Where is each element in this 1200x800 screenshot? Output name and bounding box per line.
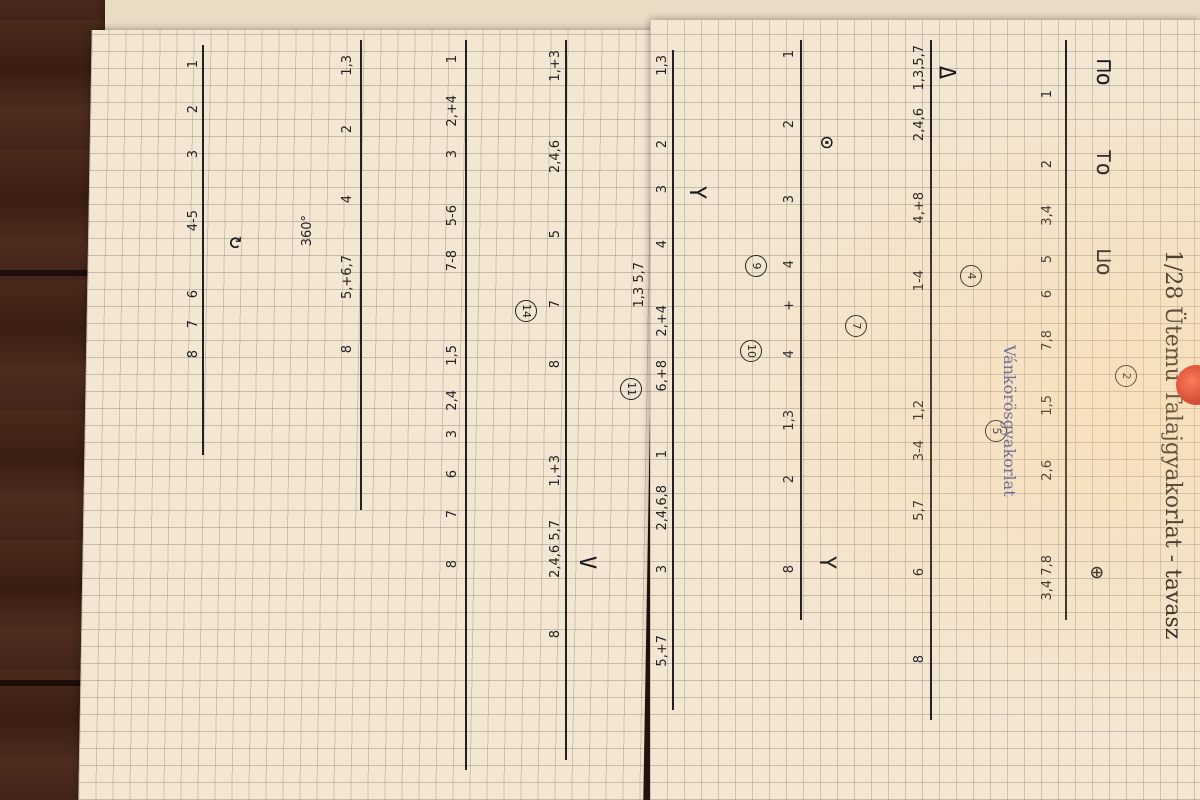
count-label: 1 xyxy=(445,55,460,63)
count-label: 1,3 xyxy=(340,55,355,76)
count-label: 2,4,6 xyxy=(912,108,927,141)
count-label: 2,4 xyxy=(445,390,460,411)
count-label: 3,4 xyxy=(1040,205,1055,226)
stick-figure-icon: Y xyxy=(814,556,839,569)
count-label: 8 xyxy=(782,565,797,573)
count-label: 1,3 xyxy=(782,410,797,431)
count-label: 1 xyxy=(782,50,797,58)
count-label: 1 xyxy=(655,450,670,458)
stick-figure-icon: Y xyxy=(684,186,709,199)
count-label: 4 xyxy=(782,260,797,268)
section-marker: 14 xyxy=(515,300,537,322)
staff-line-4 xyxy=(672,50,674,710)
count-label: 360° xyxy=(300,215,315,246)
section-marker: 7 xyxy=(845,315,867,337)
stick-figure-icon: ⊤o xyxy=(1091,149,1116,176)
count-label: 2 xyxy=(186,105,201,113)
page-title: 1/28 Ütemű Talajgyakorlat - tavasz xyxy=(1160,250,1185,639)
count-label: 7 xyxy=(548,300,563,308)
staff-line-1 xyxy=(1065,40,1067,620)
section-marker: 2 xyxy=(1115,365,1137,387)
count-label: 6 xyxy=(912,568,927,576)
count-label: 4 xyxy=(782,350,797,358)
count-label: 4,+8 xyxy=(912,192,927,224)
turn-figure-icon: ↻ xyxy=(224,236,249,249)
staff-line-8 xyxy=(202,45,204,455)
count-label: 2,6 xyxy=(1040,460,1055,481)
subtitle: Vánkörösgyakorlat xyxy=(1000,345,1019,497)
count-label: 3-4 xyxy=(912,440,927,461)
count-label: 7 xyxy=(445,510,460,518)
count-label: 8 xyxy=(912,655,927,663)
count-label: 8 xyxy=(548,360,563,368)
count-label: 1 xyxy=(186,60,201,68)
count-label: 5,7 xyxy=(912,500,927,521)
count-label: 7,8 xyxy=(1040,330,1055,351)
count-label: 1-4 xyxy=(912,270,927,291)
count-label: 3,4 7,8 xyxy=(1040,555,1055,600)
left-page xyxy=(78,30,656,800)
count-label: 4 xyxy=(340,195,355,203)
count-label: 7-8 xyxy=(445,250,460,271)
staff-line-7 xyxy=(360,40,362,510)
staff-line-6 xyxy=(465,40,467,770)
count-label: 2 xyxy=(782,120,797,128)
count-label: 1,+3 xyxy=(548,50,563,82)
count-label: 3 xyxy=(186,150,201,158)
staff-line-2 xyxy=(930,40,932,720)
section-marker: 10 xyxy=(740,340,762,362)
count-label: 6 xyxy=(445,470,460,478)
count-label: 8 xyxy=(445,560,460,568)
count-label: 1 xyxy=(1040,90,1055,98)
section-marker: 9 xyxy=(745,255,767,277)
count-label: 1,5 xyxy=(1040,395,1055,416)
count-label: 2 xyxy=(1040,160,1055,168)
count-label: 2,4,6 5,7 xyxy=(548,520,563,578)
count-label: 3 xyxy=(655,185,670,193)
count-label: 5-6 xyxy=(445,205,460,226)
count-label: 3 xyxy=(445,430,460,438)
count-label: 5,+7 xyxy=(655,635,670,667)
count-label: 1,5 xyxy=(445,345,460,366)
count-label: 2 xyxy=(340,125,355,133)
count-label: 2,4,6,8 xyxy=(655,485,670,530)
stick-figure-icon: ⊔o xyxy=(1091,249,1116,276)
section-marker: 11 xyxy=(620,378,642,400)
count-label: 1,3 5,7 xyxy=(632,262,647,307)
stick-figure-icon: V xyxy=(574,556,599,569)
count-label: 3 xyxy=(445,150,460,158)
count-label: 8 xyxy=(548,630,563,638)
count-label: 2,+4 xyxy=(655,305,670,337)
count-label: 4-5 xyxy=(186,210,201,231)
staff-line-5 xyxy=(565,40,567,760)
count-label: 1,3,5,7 xyxy=(912,45,927,90)
count-label: 7 xyxy=(186,320,201,328)
count-label: 6,+8 xyxy=(655,360,670,392)
count-label: 5 xyxy=(548,230,563,238)
count-label: 2 xyxy=(782,475,797,483)
count-label: 5,+6,7 xyxy=(340,255,355,299)
stick-figure-icon: ⊓o xyxy=(1091,59,1116,86)
circle-figure-icon: ⊙ xyxy=(814,136,839,149)
count-label: 3 xyxy=(655,565,670,573)
count-label: 3 xyxy=(782,195,797,203)
count-label: 4 xyxy=(655,240,670,248)
count-label: 8 xyxy=(186,350,201,358)
staff-line-3 xyxy=(800,40,802,620)
count-label: 2,+4 xyxy=(445,95,460,127)
section-marker: 4 xyxy=(960,265,982,287)
circle-figure-icon: ⊕ xyxy=(1084,566,1109,579)
count-label: 2,4,6 xyxy=(548,140,563,173)
count-label: 6 xyxy=(1040,290,1055,298)
count-label: 1,+3 xyxy=(548,455,563,487)
stick-figure-icon: Δ xyxy=(934,66,959,79)
count-label: 1,2 xyxy=(912,400,927,421)
count-label: 2 xyxy=(655,140,670,148)
count-label: 6 xyxy=(186,290,201,298)
count-label: 8 xyxy=(340,345,355,353)
count-label: + xyxy=(782,300,797,311)
count-label: 5 xyxy=(1040,255,1055,263)
count-label: 1,3 xyxy=(655,55,670,76)
